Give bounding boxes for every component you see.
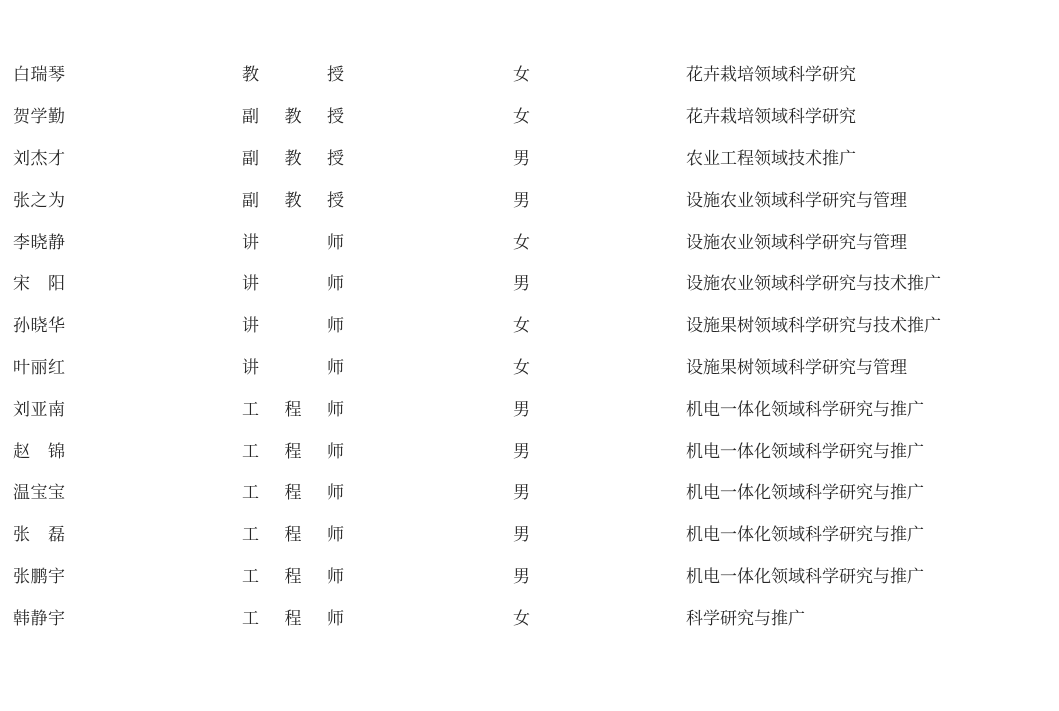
name-cell: 韩静宇 <box>13 604 242 629</box>
name-cell: 赵锦 <box>13 437 242 462</box>
job-title: 讲师 <box>242 269 344 294</box>
gender-value: 男 <box>513 562 530 587</box>
duty-cell: 花卉栽培领域科学研究 <box>686 102 1059 127</box>
table-row: 温宝宝 工程师 男 机电一体化领域科学研究与推广 <box>0 470 1059 512</box>
gender-cell: 男 <box>513 478 686 503</box>
research-duty: 设施农业领域科学研究与管理 <box>686 228 907 253</box>
research-duty: 机电一体化领域科学研究与推广 <box>686 562 924 587</box>
person-name: 张之为 <box>13 186 65 211</box>
name-cell: 孙晓华 <box>13 311 242 336</box>
gender-cell: 男 <box>513 186 686 211</box>
title-cell: 讲师 <box>242 228 513 253</box>
name-cell: 宋阳 <box>13 269 242 294</box>
duty-cell: 设施农业领域科学研究与管理 <box>686 186 1059 211</box>
name-cell: 刘亚南 <box>13 395 242 420</box>
gender-value: 男 <box>513 186 530 211</box>
gender-cell: 女 <box>513 102 686 127</box>
job-title: 工程师 <box>242 520 344 545</box>
title-cell: 工程师 <box>242 604 513 629</box>
name-cell: 叶丽红 <box>13 353 242 378</box>
gender-cell: 男 <box>513 437 686 462</box>
research-duty: 设施果树领域科学研究与管理 <box>686 353 907 378</box>
person-name: 刘杰才 <box>13 144 65 169</box>
title-cell: 工程师 <box>242 478 513 503</box>
person-name: 刘亚南 <box>13 395 65 420</box>
title-cell: 讲师 <box>242 269 513 294</box>
gender-cell: 女 <box>513 228 686 253</box>
research-duty: 花卉栽培领域科学研究 <box>686 102 856 127</box>
table-row: 宋阳 讲师 男 设施农业领域科学研究与技术推广 <box>0 261 1059 303</box>
research-duty: 农业工程领域技术推广 <box>686 144 856 169</box>
name-cell: 刘杰才 <box>13 144 242 169</box>
table-row: 白瑞琴 教授 女 花卉栽培领域科学研究 <box>0 52 1059 94</box>
person-name: 贺学勤 <box>13 102 65 127</box>
gender-value: 女 <box>513 311 530 336</box>
duty-cell: 机电一体化领域科学研究与推广 <box>686 478 1059 503</box>
person-name: 张磊 <box>13 520 65 545</box>
research-duty: 花卉栽培领域科学研究 <box>686 60 856 85</box>
duty-cell: 设施农业领域科学研究与管理 <box>686 228 1059 253</box>
title-cell: 工程师 <box>242 437 513 462</box>
person-name: 白瑞琴 <box>13 60 65 85</box>
job-title: 工程师 <box>242 395 344 420</box>
table-row: 张磊 工程师 男 机电一体化领域科学研究与推广 <box>0 512 1059 554</box>
person-name: 宋阳 <box>13 269 65 294</box>
table-row: 刘杰才 副教授 男 农业工程领域技术推广 <box>0 136 1059 178</box>
name-cell: 张之为 <box>13 186 242 211</box>
gender-value: 男 <box>513 520 530 545</box>
gender-value: 男 <box>513 144 530 169</box>
job-title: 工程师 <box>242 478 344 503</box>
research-duty: 机电一体化领域科学研究与推广 <box>686 478 924 503</box>
person-name: 叶丽红 <box>13 353 65 378</box>
job-title: 工程师 <box>242 604 344 629</box>
person-name: 张鹏宇 <box>13 562 65 587</box>
table-row: 张之为 副教授 男 设施农业领域科学研究与管理 <box>0 177 1059 219</box>
duty-cell: 机电一体化领域科学研究与推广 <box>686 395 1059 420</box>
title-cell: 副教授 <box>242 144 513 169</box>
job-title: 工程师 <box>242 437 344 462</box>
gender-cell: 男 <box>513 395 686 420</box>
research-duty: 设施农业领域科学研究与管理 <box>686 186 907 211</box>
gender-value: 女 <box>513 353 530 378</box>
duty-cell: 机电一体化领域科学研究与推广 <box>686 520 1059 545</box>
table-row: 韩静宇 工程师 女 科学研究与推广 <box>0 595 1059 637</box>
title-cell: 工程师 <box>242 562 513 587</box>
name-cell: 张磊 <box>13 520 242 545</box>
title-cell: 工程师 <box>242 395 513 420</box>
job-title: 教授 <box>242 60 344 85</box>
gender-value: 女 <box>513 60 530 85</box>
research-duty: 科学研究与推广 <box>686 604 805 629</box>
name-cell: 李晓静 <box>13 228 242 253</box>
title-cell: 副教授 <box>242 186 513 211</box>
gender-value: 女 <box>513 604 530 629</box>
job-title: 副教授 <box>242 144 344 169</box>
research-duty: 设施果树领域科学研究与技术推广 <box>686 311 941 336</box>
research-duty: 机电一体化领域科学研究与推广 <box>686 520 924 545</box>
research-duty: 机电一体化领域科学研究与推广 <box>686 395 924 420</box>
person-name: 李晓静 <box>13 228 65 253</box>
title-cell: 教授 <box>242 60 513 85</box>
title-cell: 副教授 <box>242 102 513 127</box>
table-row: 孙晓华 讲师 女 设施果树领域科学研究与技术推广 <box>0 303 1059 345</box>
duty-cell: 设施果树领域科学研究与技术推广 <box>686 311 1059 336</box>
title-cell: 讲师 <box>242 311 513 336</box>
job-title: 副教授 <box>242 102 344 127</box>
title-cell: 工程师 <box>242 520 513 545</box>
person-name: 赵锦 <box>13 437 65 462</box>
gender-cell: 女 <box>513 353 686 378</box>
name-cell: 贺学勤 <box>13 102 242 127</box>
gender-cell: 男 <box>513 144 686 169</box>
table-row: 李晓静 讲师 女 设施农业领域科学研究与管理 <box>0 219 1059 261</box>
staff-roster-table: 白瑞琴 教授 女 花卉栽培领域科学研究 贺学勤 副教授 女 花卉栽培领域科学研究… <box>0 52 1059 637</box>
gender-value: 男 <box>513 437 530 462</box>
job-title: 讲师 <box>242 311 344 336</box>
table-row: 贺学勤 副教授 女 花卉栽培领域科学研究 <box>0 94 1059 136</box>
gender-value: 女 <box>513 228 530 253</box>
gender-cell: 男 <box>513 562 686 587</box>
gender-cell: 女 <box>513 60 686 85</box>
job-title: 讲师 <box>242 228 344 253</box>
document-page: 白瑞琴 教授 女 花卉栽培领域科学研究 贺学勤 副教授 女 花卉栽培领域科学研究… <box>0 0 1059 711</box>
table-row: 赵锦 工程师 男 机电一体化领域科学研究与推广 <box>0 428 1059 470</box>
job-title: 讲师 <box>242 353 344 378</box>
duty-cell: 花卉栽培领域科学研究 <box>686 60 1059 85</box>
title-cell: 讲师 <box>242 353 513 378</box>
job-title: 副教授 <box>242 186 344 211</box>
name-cell: 张鹏宇 <box>13 562 242 587</box>
name-cell: 白瑞琴 <box>13 60 242 85</box>
research-duty: 设施农业领域科学研究与技术推广 <box>686 269 941 294</box>
table-row: 刘亚南 工程师 男 机电一体化领域科学研究与推广 <box>0 386 1059 428</box>
gender-value: 男 <box>513 269 530 294</box>
job-title: 工程师 <box>242 562 344 587</box>
person-name: 韩静宇 <box>13 604 65 629</box>
table-row: 张鹏宇 工程师 男 机电一体化领域科学研究与推广 <box>0 554 1059 596</box>
person-name: 孙晓华 <box>13 311 65 336</box>
duty-cell: 农业工程领域技术推广 <box>686 144 1059 169</box>
gender-value: 男 <box>513 478 530 503</box>
gender-cell: 女 <box>513 311 686 336</box>
name-cell: 温宝宝 <box>13 478 242 503</box>
duty-cell: 设施农业领域科学研究与技术推广 <box>686 269 1059 294</box>
gender-cell: 男 <box>513 269 686 294</box>
duty-cell: 机电一体化领域科学研究与推广 <box>686 437 1059 462</box>
duty-cell: 机电一体化领域科学研究与推广 <box>686 562 1059 587</box>
gender-value: 女 <box>513 102 530 127</box>
gender-cell: 男 <box>513 520 686 545</box>
person-name: 温宝宝 <box>13 478 65 503</box>
gender-value: 男 <box>513 395 530 420</box>
duty-cell: 科学研究与推广 <box>686 604 1059 629</box>
table-row: 叶丽红 讲师 女 设施果树领域科学研究与管理 <box>0 345 1059 387</box>
gender-cell: 女 <box>513 604 686 629</box>
research-duty: 机电一体化领域科学研究与推广 <box>686 437 924 462</box>
duty-cell: 设施果树领域科学研究与管理 <box>686 353 1059 378</box>
